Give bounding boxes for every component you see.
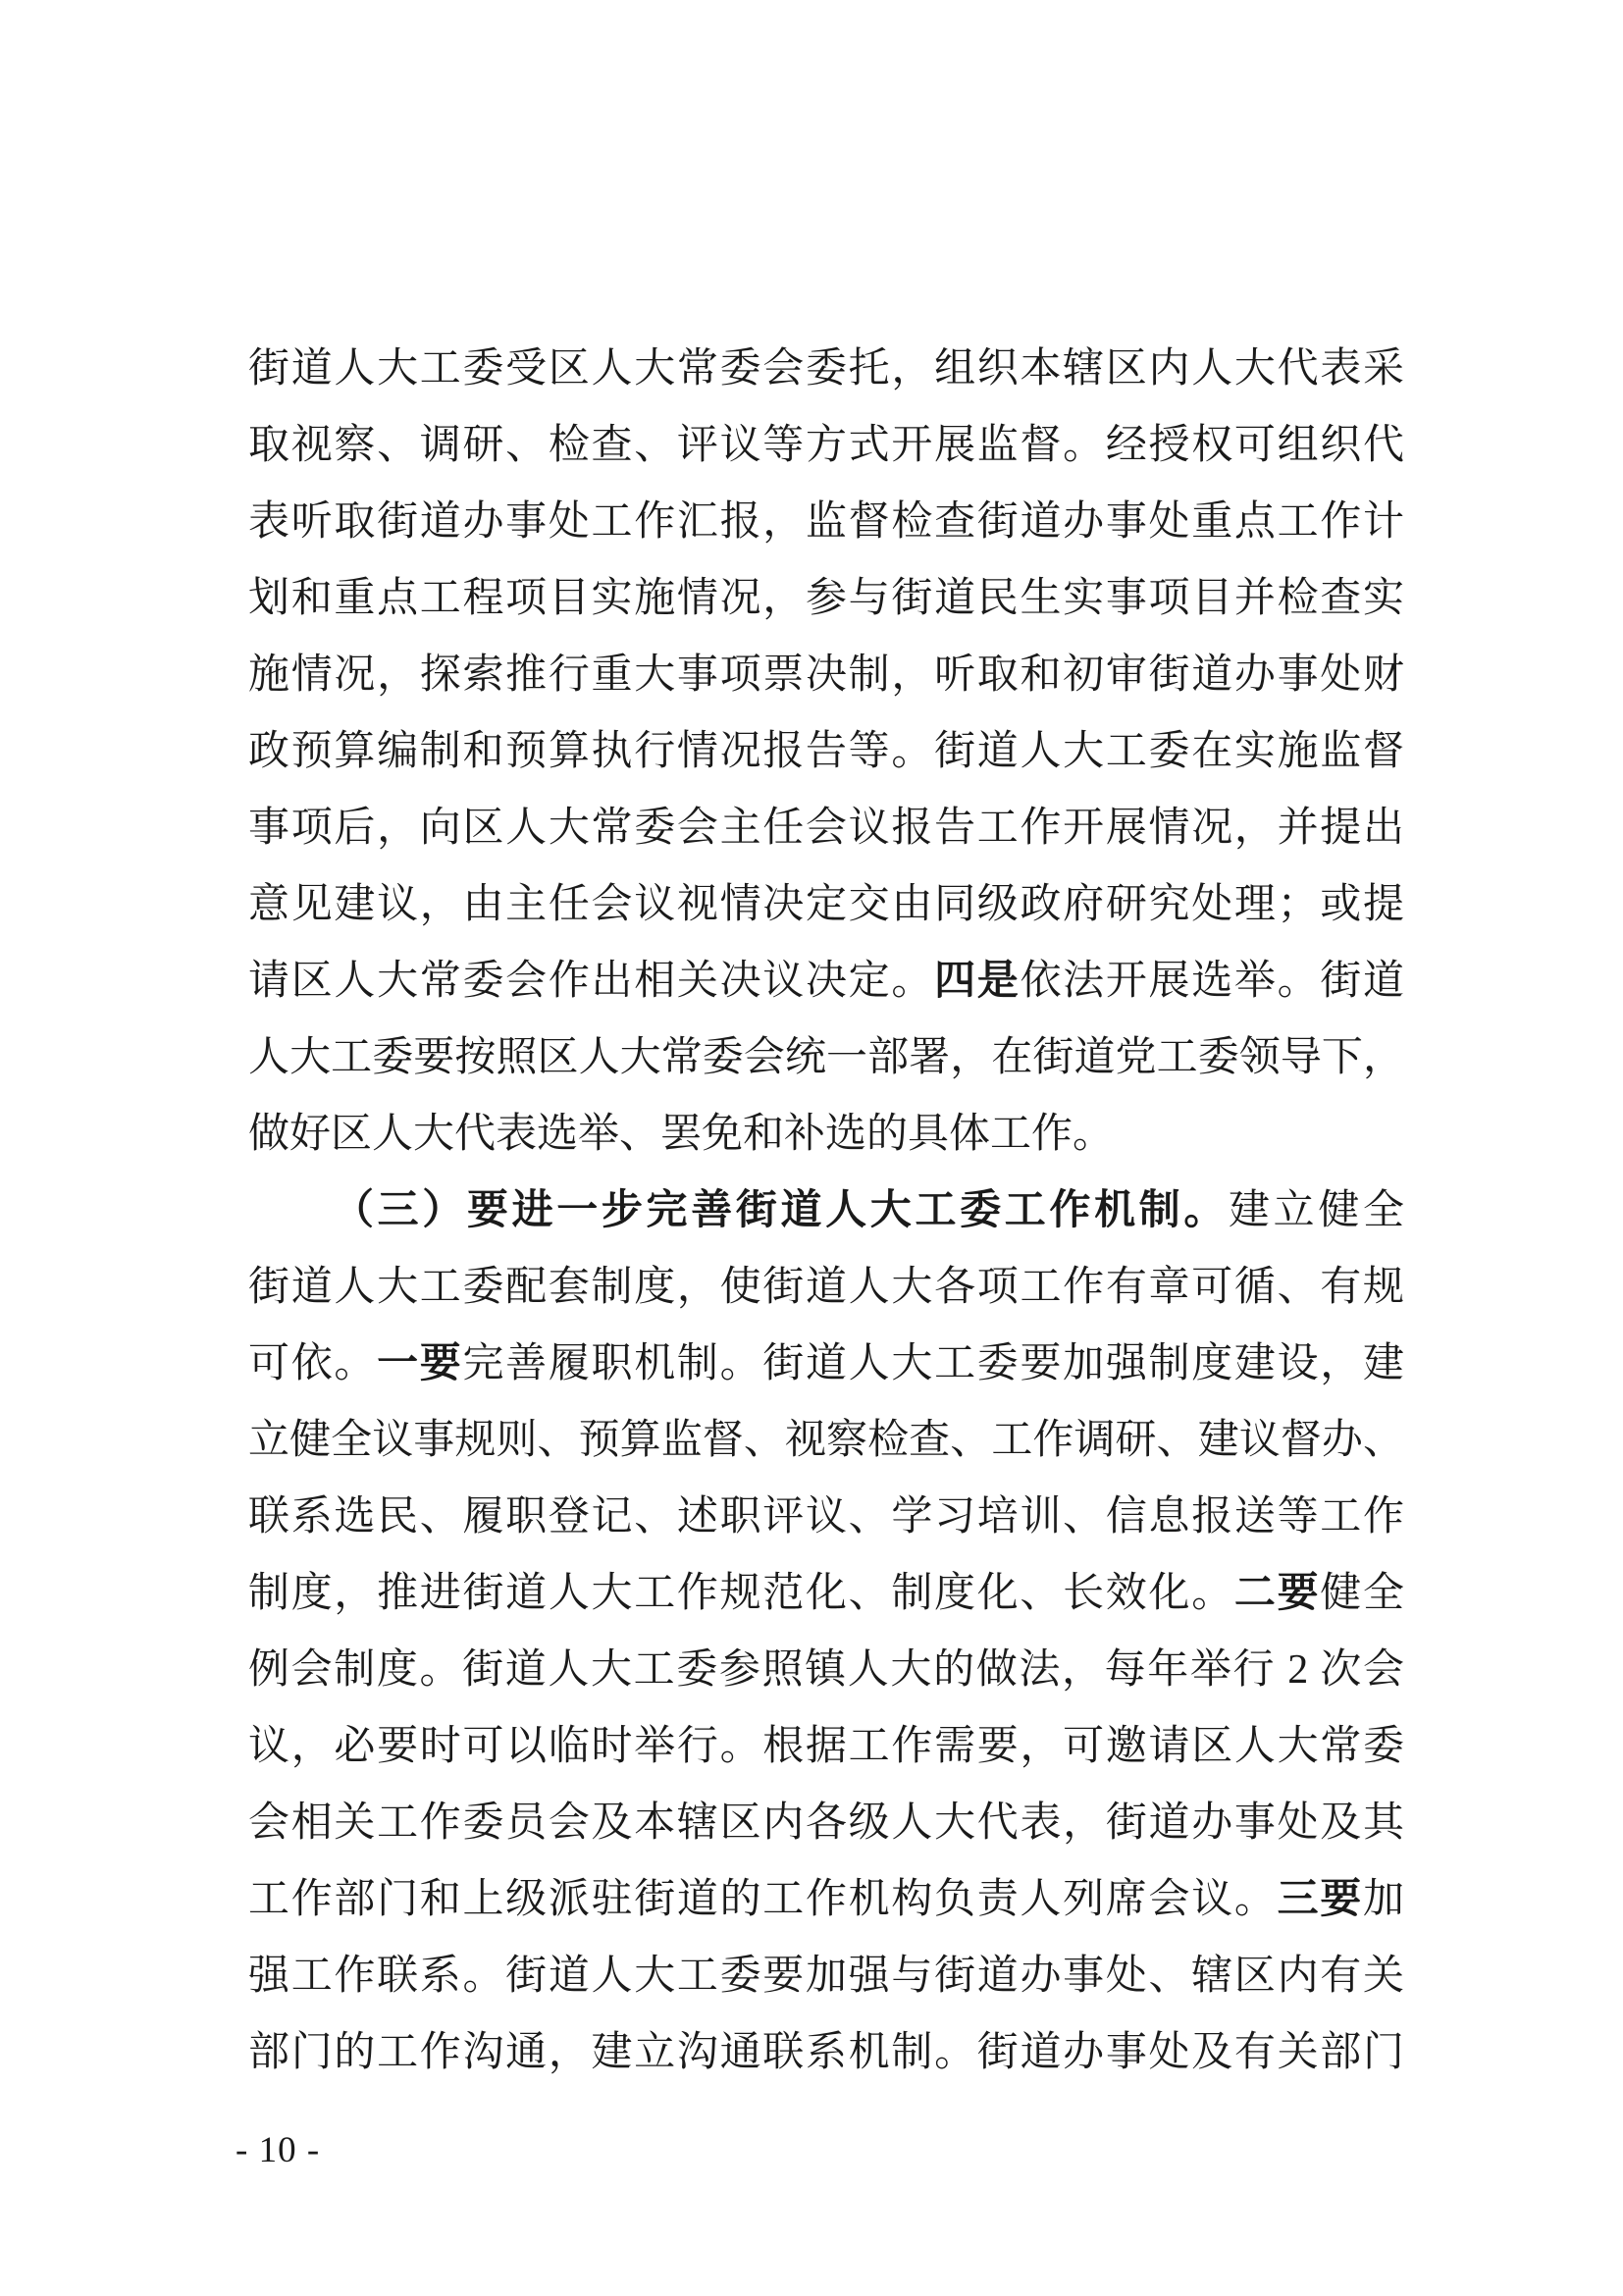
text-segment: 街道人大工委配套制度，使街道人大各项工作有章可循、有规 — [248, 1265, 1404, 1310]
text-line: 工作部门和上级派驻街道的工作机构负责人列席会议。三要加 — [248, 1861, 1404, 1938]
text-segment: 划和重点工程项目实施情况，参与街道民生实事项目并检查实 — [248, 576, 1404, 621]
text-line: 政预算编制和预算执行情况报告等。街道人大工委在实施监督 — [248, 713, 1404, 790]
text-segment: 建立健全 — [1229, 1188, 1404, 1233]
text-line: 街道人大工委受区人大常委会委托，组织本辖区内人大代表采 — [248, 331, 1404, 407]
text-line: 制度，推进街道人大工作规范化、制度化、长效化。二要健全 — [248, 1555, 1404, 1632]
text-segment: 制度，推进街道人大工作规范化、制度化、长效化。 — [248, 1571, 1234, 1616]
text-line: 部门的工作沟通，建立沟通联系机制。街道办事处及有关部门 — [248, 2014, 1404, 2091]
text-segment-bold: （三）要进一步完善街道人大工委工作机制。 — [333, 1188, 1229, 1233]
text-line: 会相关工作委员会及本辖区内各级人大代表，街道办事处及其 — [248, 1785, 1404, 1861]
text-segment: 立健全议事规则、预算监督、视察检查、工作调研、建议督办、 — [248, 1418, 1404, 1463]
text-line: （三）要进一步完善街道人大工委工作机制。建立健全 — [248, 1173, 1404, 1249]
text-line: 街道人大工委配套制度，使街道人大各项工作有章可循、有规 — [248, 1249, 1404, 1326]
text-segment: 表听取街道办事处工作汇报，监督检查街道办事处重点工作计 — [248, 499, 1404, 545]
text-line: 取视察、调研、检查、评议等方式开展监督。经授权可组织代 — [248, 407, 1404, 484]
text-line: 人大工委要按照区人大常委会统一部署，在街道党工委领导下， — [248, 1019, 1404, 1096]
text-segment: 议，必要时可以临时举行。根据工作需要，可邀请区人大常委 — [248, 1724, 1404, 1769]
text-segment: 例会制度。街道人大工委参照镇人大的做法，每年举行 2 次会 — [248, 1647, 1404, 1693]
text-line: 立健全议事规则、预算监督、视察检查、工作调研、建议督办、 — [248, 1402, 1404, 1479]
text-segment: 强工作联系。街道人大工委要加强与街道办事处、辖区内有关 — [248, 1954, 1404, 1999]
text-segment: 部门的工作沟通，建立沟通联系机制。街道办事处及有关部门 — [248, 2030, 1404, 2075]
text-segment: 联系选民、履职登记、述职评议、学习培训、信息报送等工作 — [248, 1494, 1404, 1539]
text-segment: 会相关工作委员会及本辖区内各级人大代表，街道办事处及其 — [248, 1800, 1404, 1846]
text-segment: 意见建议，由主任会议视情决定交由同级政府研究处理；或提 — [248, 882, 1404, 927]
text-line: 事项后，向区人大常委会主任会议报告工作开展情况，并提出 — [248, 790, 1404, 866]
text-line: 强工作联系。街道人大工委要加强与街道办事处、辖区内有关 — [248, 1938, 1404, 2014]
text-segment: 施情况，探索推行重大事项票决制，听取和初审街道办事处财 — [248, 652, 1404, 698]
text-segment-bold: 三要 — [1278, 1877, 1363, 1922]
text-line: 议，必要时可以临时举行。根据工作需要，可邀请区人大常委 — [248, 1708, 1404, 1785]
text-segment: 做好区人大代表选举、罢免和补选的具体工作。 — [248, 1112, 1114, 1157]
text-segment-bold: 一要 — [377, 1341, 462, 1386]
text-line: 意见建议，由主任会议视情决定交由同级政府研究处理；或提 — [248, 866, 1404, 943]
text-segment-bold: 四是 — [934, 959, 1020, 1004]
text-segment: 政预算编制和预算执行情况报告等。街道人大工委在实施监督 — [248, 729, 1404, 774]
text-segment: 请区人大常委会作出相关决议决定。 — [248, 959, 934, 1004]
text-segment: 可依。 — [248, 1341, 377, 1386]
page-number: - 10 - — [236, 2129, 320, 2172]
text-segment-bold: 二要 — [1234, 1571, 1320, 1616]
text-line: 联系选民、履职登记、述职评议、学习培训、信息报送等工作 — [248, 1479, 1404, 1555]
text-line: 请区人大常委会作出相关决议决定。四是依法开展选举。街道 — [248, 943, 1404, 1019]
text-segment: 事项后，向区人大常委会主任会议报告工作开展情况，并提出 — [248, 806, 1404, 851]
document-page: 街道人大工委受区人大常委会委托，组织本辖区内人大代表采取视察、调研、检查、评议等… — [0, 0, 1623, 2296]
text-segment: 人大工委要按照区人大常委会统一部署，在街道党工委领导下， — [248, 1035, 1404, 1080]
text-segment: 加 — [1363, 1877, 1404, 1922]
text-line: 做好区人大代表选举、罢免和补选的具体工作。 — [248, 1096, 1404, 1173]
text-line: 施情况，探索推行重大事项票决制，听取和初审街道办事处财 — [248, 637, 1404, 713]
text-line: 表听取街道办事处工作汇报，监督检查街道办事处重点工作计 — [248, 484, 1404, 560]
text-segment: 取视察、调研、检查、评议等方式开展监督。经授权可组织代 — [248, 423, 1404, 468]
text-segment: 依法开展选举。街道 — [1020, 959, 1404, 1004]
document-body-text: 街道人大工委受区人大常委会委托，组织本辖区内人大代表采取视察、调研、检查、评议等… — [248, 331, 1404, 2091]
text-line: 例会制度。街道人大工委参照镇人大的做法，每年举行 2 次会 — [248, 1632, 1404, 1708]
text-line: 划和重点工程项目实施情况，参与街道民生实事项目并检查实 — [248, 560, 1404, 637]
text-segment: 健全 — [1320, 1571, 1404, 1616]
text-line: 可依。一要完善履职机制。街道人大工委要加强制度建设，建 — [248, 1326, 1404, 1402]
text-segment: 街道人大工委受区人大常委会委托，组织本辖区内人大代表采 — [248, 346, 1404, 391]
text-segment: 完善履职机制。街道人大工委要加强制度建设，建 — [462, 1341, 1404, 1386]
text-segment: 工作部门和上级派驻街道的工作机构负责人列席会议。 — [248, 1877, 1278, 1922]
